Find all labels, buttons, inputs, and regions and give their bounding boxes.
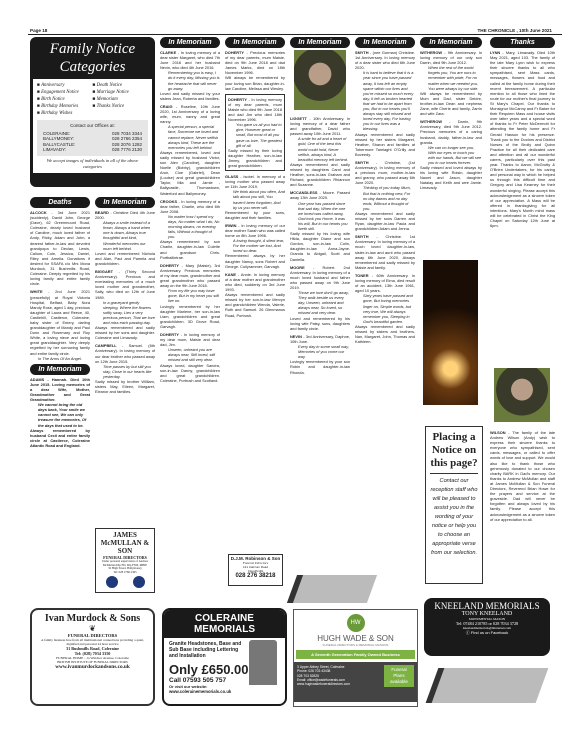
bible-image bbox=[287, 575, 377, 603]
notice-text: - Mary, Limavady. Died 10th May 2021, ag… bbox=[490, 50, 555, 228]
notice-text: Always remembered by son Charlie, daught… bbox=[160, 239, 220, 259]
category-item: Birthday Wishes bbox=[37, 110, 93, 117]
notice-verse: Those we love don't go away, They walk b… bbox=[290, 290, 350, 315]
ad-text: Tel: 028 2766 2365 bbox=[98, 571, 152, 575]
notice-text: Lovingly remembered by your son Robin an… bbox=[290, 359, 350, 374]
ad-plans: Funeral Plans available bbox=[384, 665, 414, 687]
notice-text: Sadly missed by his loving wife Hilda, d… bbox=[290, 231, 350, 262]
ad-name: JAMES McMULLAN & SON bbox=[98, 531, 152, 555]
ad-text: A family business free from all multinat… bbox=[35, 638, 150, 646]
notice-text: Always remembered and sadly missed by da… bbox=[290, 162, 350, 187]
notice-text: - The family of the late Andrew Wilson (… bbox=[490, 430, 555, 522]
notice-text: Always loved, daughter Sandra, son-in-la… bbox=[160, 363, 220, 383]
notice-text: - 3rd June 2021 (suddenly), David John, … bbox=[30, 210, 90, 286]
notice-verse: One year has passed since that sad day, … bbox=[290, 201, 350, 232]
category-item: Marriage Notice bbox=[93, 89, 149, 96]
notice-text: Will always be remembered by Mum and Dad… bbox=[420, 91, 482, 116]
contact-offices: Contact our Offices at: COLERAINE:028 70… bbox=[33, 120, 152, 173]
ad-name: KNEELAND MEMORIALS bbox=[427, 601, 547, 611]
notice-verse: Sixty years have passed and gone, But lo… bbox=[355, 293, 415, 324]
paper-title-date: THE CHRONICLE , 10th June 2021 bbox=[477, 28, 552, 33]
robinson-ad: D.J.M. Robinson & Son Funeral Directors … bbox=[228, 554, 283, 586]
category-item: Birth Notice bbox=[37, 96, 93, 103]
categories-title: Family Notice Categories bbox=[33, 40, 152, 76]
mcmullan-ad: JAMES McMULLAN & SON FUNERAL DIRECTORS U… bbox=[95, 528, 155, 593]
notice-verse: A loving thought, A silent tear, For the… bbox=[225, 238, 285, 253]
ad-text: Granite Headstones, Base and Sub Base in… bbox=[164, 638, 249, 662]
accept-images-note: We accept images of individuals in all o… bbox=[37, 158, 148, 170]
category-item: Anniversary bbox=[37, 82, 93, 89]
ad-banner: A Seventh Generation Family Owned Busine… bbox=[296, 650, 415, 659]
memoriam-header: In Memoriam bbox=[355, 37, 415, 48]
notice-text: Loved and remembered by his loving wife … bbox=[290, 316, 350, 331]
category-item: Engagement Notice bbox=[37, 89, 93, 96]
ad-phone: 028 276 38218 bbox=[230, 573, 281, 579]
notice-verse: A special person, a special face, Someon… bbox=[160, 124, 220, 149]
notice-verse: We can no longer see you, With our eyes … bbox=[420, 145, 482, 165]
notice-text: Always remembered and sadly missed by he… bbox=[355, 132, 415, 157]
column-deaths: Deaths ALCOCK - 3rd June 2021 (suddenly)… bbox=[30, 197, 90, 451]
ad-name: COLERAINE MEMORIALS bbox=[164, 610, 285, 638]
bible-image bbox=[426, 668, 549, 703]
facebook-label: Find us on Facebook bbox=[471, 630, 508, 635]
category-list: Anniversary Death Notice Engagement Noti… bbox=[33, 79, 152, 120]
column-memoriam-5: In Memoriam SMYTH - (nee Gorman) Christi… bbox=[355, 37, 415, 347]
contact-title: Contact our Offices at: bbox=[43, 123, 142, 129]
notice-verse: When the rest of the world forgets you, … bbox=[420, 65, 482, 90]
notice-text: - Christine. 1st Anniversary. In loving … bbox=[355, 234, 415, 270]
notice-text: - 2nd June 2021 (peacefully) at Royal Vi… bbox=[30, 289, 90, 355]
notice-text: - (Thirty Second Anniversary). Precious … bbox=[95, 269, 155, 299]
column-memoriam-4: In Memoriam LIGGETT - 10th Anniversary. … bbox=[290, 37, 350, 378]
column-thanks: Thanks LYNN - Mary, Limavady. Died 10th … bbox=[490, 37, 555, 231]
notice-text: Always remembered and sadly missed by he… bbox=[355, 211, 415, 231]
memoriam-header: In Memoriam bbox=[160, 37, 220, 48]
category-item: Memoriam bbox=[93, 96, 149, 103]
ivan-murdock-ad: Ivan Murdock & Sons ❦ FUNERAL DIRECTORS … bbox=[30, 608, 155, 706]
office-name: LIMAVADY: bbox=[43, 147, 66, 153]
notice-text: Sadly missed by their loving daughter He… bbox=[228, 148, 282, 168]
notice-text: Remembered always by her daughter Nancy,… bbox=[225, 253, 285, 268]
memoriam-header: In Memoriam bbox=[420, 37, 482, 48]
ad-web: www.colerainememorials.co.uk bbox=[164, 689, 285, 694]
ad-sub: FUNERAL DIRECTORS & MEMORIAL MASONS bbox=[294, 643, 417, 647]
notice-text: Always remembered and sadly missed by he… bbox=[225, 292, 285, 317]
notice-verse: We cannot bring the old days back, Your … bbox=[30, 402, 90, 427]
category-item: Thanks Notice bbox=[93, 103, 149, 110]
memoriam-header: In Memoriam bbox=[225, 37, 285, 48]
notice-text: Sadly missed by brother William, sisters… bbox=[95, 379, 155, 394]
notice-verse: Unseen, unheard you are always near, Sti… bbox=[160, 347, 220, 362]
column-memoriam-6: In Memoriam WITHEROW - 9th Anniversary. … bbox=[420, 37, 482, 194]
family-notice-categories: Family Notice Categories Anniversary Dea… bbox=[30, 37, 155, 187]
column-memoriam-2: In Memoriam CLARKE - In loving memory of… bbox=[160, 37, 220, 386]
notice-verse: Thinking of you today Mum, But that is n… bbox=[355, 185, 415, 210]
notice-verse: Every day in some small way, Memories of… bbox=[290, 344, 350, 359]
liggett-photo bbox=[294, 50, 346, 110]
notice-verse: A smile for all and a heart of gold, One… bbox=[290, 136, 350, 161]
column-memoriam-3: In Memoriam DOHERTY - Precious memories … bbox=[225, 37, 285, 321]
hugh-wade-ad: HW HUGH WADE & SON FUNERAL DIRECTORS & M… bbox=[293, 609, 418, 707]
notice-text: Always remembered by husband Cecil and e… bbox=[30, 428, 90, 448]
kneeland-ad: KNEELAND MEMORIALS TONY KNEELAND MONUMEN… bbox=[424, 598, 550, 656]
notice-verse: In a graveyard gently sleeping, Where th… bbox=[95, 300, 155, 325]
deaths-header: Deaths bbox=[30, 197, 90, 208]
ad-name: Ivan Murdock & Sons bbox=[35, 613, 150, 624]
header-rule bbox=[28, 34, 562, 35]
notice-verse: No matter how I spend my days, No matter… bbox=[160, 214, 220, 239]
flourish-icon: ❦ bbox=[35, 624, 150, 633]
notice-verse: Remembering you is easy, I do it every d… bbox=[160, 70, 220, 90]
notice-text: Loved and sadly missed by your sisters J… bbox=[160, 91, 220, 101]
notice-text: Lovingly remembered by her daughter Marl… bbox=[160, 304, 220, 329]
notice-text: Always remembered, loved and sadly misse… bbox=[160, 150, 220, 196]
wilson-photo bbox=[494, 368, 550, 422]
memoriam-header: In Memoriam bbox=[95, 197, 155, 208]
column-memoriam-1: In Memoriam BEARD - Christine Died 4th J… bbox=[95, 197, 155, 397]
notice-verse: In The Arms Of An Angel. bbox=[30, 356, 90, 361]
category-item: Death Notice bbox=[93, 82, 149, 89]
memoriam-header: In Memoriam bbox=[30, 364, 90, 375]
badge-icon bbox=[133, 576, 145, 588]
page-number: Page 18 bbox=[30, 28, 47, 33]
memoriam-header: In Memoriam bbox=[290, 37, 350, 48]
notice-text: Sadly missed and loved always by his lov… bbox=[420, 165, 482, 190]
office-phone: 028 7776 2130 bbox=[112, 147, 142, 153]
notice-text: Remembered by your sons, daughter and th… bbox=[225, 210, 285, 220]
facebook-link[interactable]: ⓕ Find us on Facebook bbox=[427, 630, 547, 636]
notice-verse: We think about you often, And talk about… bbox=[225, 189, 285, 209]
headstone-image bbox=[249, 640, 277, 685]
notice-verse: Time passes by but still you stay, Close… bbox=[95, 364, 155, 379]
notice-text: Always remembered and sadly missed by he… bbox=[95, 325, 155, 340]
notice-verse: Always a smile instead of a frown, Alway… bbox=[95, 220, 155, 251]
placing-body: Contact our reception staff who will be … bbox=[430, 477, 478, 558]
placing-title: Placing a Notice on this page? bbox=[430, 431, 478, 474]
ad-web: www.ivanmurdockandsons.co.uk bbox=[35, 664, 150, 670]
notice-text: Always remembered and sadly missed by si… bbox=[355, 324, 415, 344]
badge-icon bbox=[106, 576, 118, 588]
ad-name: HUGH WADE & SON bbox=[294, 634, 417, 643]
notice-verse: From my life you may have gone, But in m… bbox=[160, 288, 220, 303]
candle-image bbox=[423, 260, 478, 405]
hw-logo-icon: HW bbox=[347, 614, 365, 632]
notice-verse: It is hard to believe that it is a year … bbox=[355, 70, 415, 131]
wilson-notice: WILSON - The family of the late Andrew W… bbox=[490, 430, 555, 522]
notice-text: Loved and remembered Nichola and Alan, P… bbox=[95, 251, 155, 266]
thanks-header: Thanks bbox=[490, 37, 555, 48]
placing-notice-box: Placing a Notice on this page? Contact o… bbox=[425, 426, 483, 584]
notice-text: Will always be remembered by your loving… bbox=[225, 75, 285, 90]
coleraine-memorials-ad: COLERAINE MEMORIALS Granite Headstones, … bbox=[162, 608, 287, 706]
category-item: Birthday Memories bbox=[37, 103, 93, 110]
notice-verse: You gave us all you had to give, However… bbox=[228, 122, 282, 147]
